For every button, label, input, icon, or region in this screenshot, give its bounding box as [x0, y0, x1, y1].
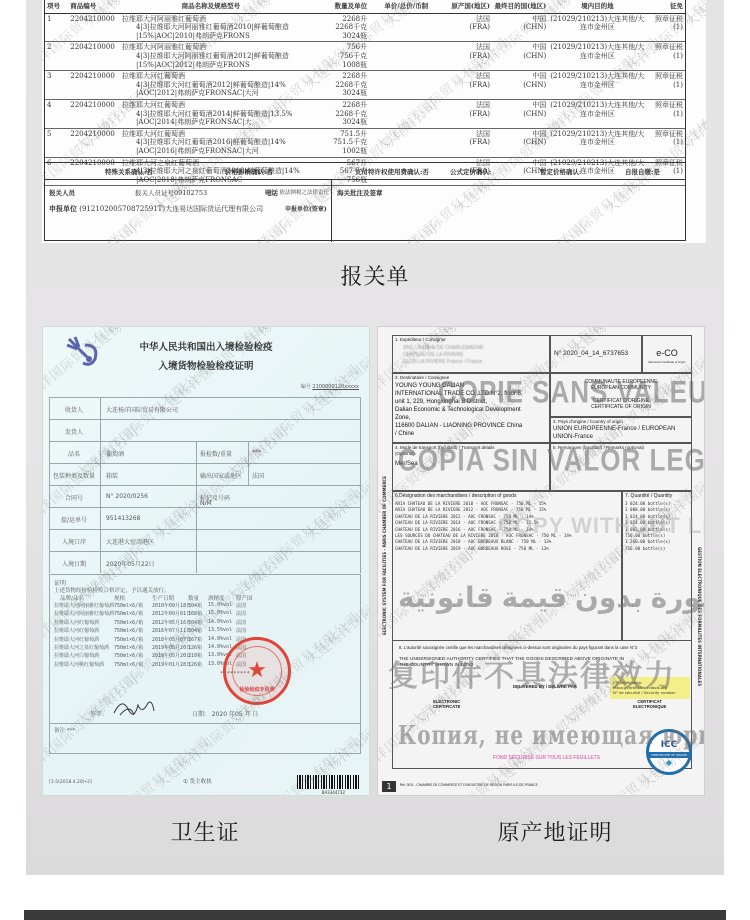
- proof-cell: 504箱: [188, 627, 202, 634]
- table-row: 12204210000拉维耶大河阿丽雅红葡萄酒4|3|拉维耶大河阿丽雅红葡萄酒2…: [45, 13, 685, 42]
- icc-mark-icon: ◆: [649, 758, 689, 767]
- proof-cell: 750ml×6/箱: [114, 610, 143, 617]
- column-header: 商品编号: [68, 0, 120, 13]
- declarant-cert-number: 报关人员证号09102753: [135, 188, 207, 197]
- proof-cell: 14.0%vol: [208, 644, 232, 650]
- origin-country-box: 3. Pays d'origine / Country of origin UN…: [550, 417, 692, 443]
- table-row: 52204210000拉维耶大河红葡萄酒4|3|拉维耶大河红葡萄酒2016|鲜葡…: [45, 128, 685, 157]
- customs-declaration-caption: 报关单: [300, 260, 450, 291]
- proof-cell: 210箱: [188, 652, 202, 659]
- signature-line: 签字:: [90, 709, 104, 718]
- proof-cell: 2019年05月20日: [152, 652, 191, 659]
- proof-cell: 167箱: [188, 636, 202, 643]
- proof-cell: 2012年05月16日: [152, 619, 191, 626]
- column-header: 境内目的地: [548, 0, 646, 13]
- overlay-text-es: COPIA SIN VALOR LEGAL: [398, 442, 705, 479]
- side-text-left: ELECTRONIC SYSTEM FOR FACILITIES - PARIS…: [382, 335, 387, 635]
- health-cert-field-row: 发货人: [49, 419, 361, 441]
- chamber-footer: Ref. 0011 - CHAMBRE DE COMMERCE ET D'IND…: [400, 783, 538, 787]
- health-cert-field-row: 提/运单号951413268: [49, 507, 361, 529]
- health-cert-field-row: 入境口岸大连港大窑湾港区: [49, 529, 361, 551]
- health-certificate-image: 中华人民共和国出入境检验检疫 入境货物检验检疫证明 编号 2100000120x…: [42, 326, 370, 796]
- health-cert-field-row: 收货人大连杨洋国际贸易有限公司: [49, 397, 361, 419]
- customs-approval-label: 海关批注及签章: [337, 188, 383, 197]
- customs-confirmations: 特殊关系确认:否 价格影响确认:否 支付特许权使用费确认:否 公式定价确认: 暂…: [45, 162, 685, 180]
- column-header: 原产国(地区): [443, 0, 492, 13]
- proof-cell: 15.0%vol: [208, 602, 232, 608]
- column-header: 数量及单位: [302, 0, 369, 13]
- proof-cell: 504箱: [188, 619, 202, 626]
- barcode-number: BA3344732: [322, 790, 345, 795]
- dark-footer-bar: [24, 910, 726, 920]
- goods-line: CHATEAU DE LA RIVIERE 2019 - AOC BORDEAU…: [395, 546, 549, 552]
- proof-cell: 750ml×6/箱: [114, 627, 143, 634]
- proof-cell: 14.0%vol: [208, 619, 232, 625]
- proof-cell: 14.0%vol: [208, 636, 232, 642]
- consignor-box: 1. Expéditeur / Consignor SNC LA CAVE DE…: [392, 335, 550, 373]
- proof-cell: 126箱: [188, 661, 202, 668]
- health-cert-subtitle: 入境货物检验检疫证明: [43, 358, 369, 372]
- proof-cell: 504箱: [188, 602, 202, 609]
- proof-cell: 126箱: [188, 644, 202, 651]
- official-stamp: ★ 检验检疫专用章: [223, 637, 291, 705]
- health-cert-fields: 收货人大连杨洋国际贸易有限公司发货人品名葡萄酒报检数/重量***包装种类及数量箱…: [49, 397, 361, 573]
- overlay-text-fr: COPIE SANS VALEUR LEGALE: [438, 374, 705, 411]
- proof-cell: 2012年09月01日: [152, 610, 191, 617]
- proof-cell: 750ml×6/箱: [114, 661, 143, 668]
- date-line: 日期: 2020 年05 月 日: [192, 709, 258, 718]
- unit-seal-label: 申报单位(签章): [285, 204, 327, 213]
- proof-cell: 拉维耶大河红葡萄酒: [54, 619, 99, 626]
- proof-cell: 750ml×6/箱: [114, 652, 143, 659]
- overlay-text-en: COPY WITHOUT LEGAL VALUE: [498, 513, 705, 539]
- star-icon: ★: [226, 658, 288, 683]
- overlay-text-ar: صورة بدون قيمة قانونية: [398, 581, 705, 614]
- signature-scribble: [112, 695, 156, 719]
- customs-footer-divider: [331, 180, 332, 242]
- table-row: 32204210000拉维耶大河红葡萄酒4|3|拉维耶大河红葡萄酒2012|鲜葡…: [45, 71, 685, 100]
- health-cert-field-row: 品名葡萄酒报检数/重量***: [49, 441, 361, 463]
- customs-items-table: 项号商品编号商品名称及规格型号数量及单位单价/总价/币制原产国(地区)最终目的国…: [45, 0, 685, 186]
- declaration-statement: 兹申明对以上内容承担如实申报、依法纳税之法律责任: [265, 188, 329, 196]
- column-header: 最终目的国(地区): [492, 0, 548, 13]
- proof-cell: 750ml×6/箱: [114, 636, 143, 643]
- column-header: 项号: [45, 0, 68, 13]
- provisional-price-confirm: 暂定价格确认:: [540, 167, 581, 176]
- column-header: 单价/总价/币制: [369, 0, 443, 13]
- health-certificate-caption: 卫生证: [130, 816, 280, 847]
- price-impact-confirm: 价格影响确认:否: [225, 167, 273, 176]
- royalty-confirm: 支付特许权使用费确认:否: [355, 167, 429, 176]
- proof-cell: 750ml×6/箱: [114, 619, 143, 626]
- form-code: [1-5(2018.4.20)•2]: [49, 780, 92, 785]
- origin-certificate-image: ELECTRONIC SYSTEM FOR FACILITIES - PARIS…: [377, 326, 705, 796]
- self-report-confirm: 自报自缴:是: [625, 167, 660, 176]
- proof-cell: 拉维耶大河红葡萄酒: [54, 627, 99, 634]
- proof-cell: 拉维耶大河之泉红葡萄酒: [54, 644, 109, 651]
- proof-cell: 2010年09月18日: [152, 602, 191, 609]
- cert-number-box: N° 2020_04_14_6737653: [550, 335, 642, 373]
- page-number: 1: [382, 781, 396, 792]
- column-header: 商品名称及规格型号: [120, 0, 302, 13]
- eco-box: e-CO Electronic Certificate of Origin: [642, 335, 692, 373]
- proof-cell: 750ml×6/箱: [114, 644, 143, 651]
- receipt-label: ① 货主收执: [183, 777, 212, 785]
- proof-cell: 拉维耶大河白葡萄酒: [54, 652, 99, 659]
- proof-cell: 168箱: [188, 610, 202, 617]
- proof-cell: 拉维耶大河阿丽雅红葡萄酒: [54, 602, 114, 609]
- health-cert-field-row: 合同号N° 2020/0256标记及号码N/M: [49, 485, 361, 507]
- proof-cell: 拉维耶大河红葡萄酒: [54, 636, 99, 643]
- customs-declaration-image: 项号商品编号商品名称及规格型号数量及单位单价/总价/币制原产国(地区)最终目的国…: [42, 0, 706, 243]
- health-cert-field-row: 包装种类及数量箱装输出国家或地区法国: [49, 463, 361, 485]
- proof-cell: 13.5%vol: [208, 627, 232, 633]
- proof-cell: 2019年05月20日: [152, 644, 191, 651]
- formula-price-confirm: 公式定价确认:: [450, 167, 491, 176]
- origin-certificate-caption: 原产地证明: [470, 816, 640, 847]
- proof-cell: 750ml×6/箱: [114, 602, 143, 609]
- proof-cell: 拉维耶大河桃红葡萄酒: [54, 661, 104, 668]
- remarks-line: 备注 ***: [54, 726, 75, 734]
- declaring-unit: 申报单位 (91210200570872591T)大连易达国际货运代理有限公司: [49, 204, 263, 214]
- overlay-text-zh: 复印件不具法律效力: [388, 651, 676, 695]
- proof-cell: 2016年07月11日: [152, 627, 191, 634]
- proof-cell: 2018年05月07日: [152, 636, 191, 643]
- proof-cell: 15.0%vol: [208, 610, 232, 616]
- health-cert-title: 中华人民共和国出入境检验检疫: [43, 339, 369, 353]
- health-cert-number: 编号 2100000120xxxxx: [301, 383, 359, 390]
- proof-cell: 法国: [236, 602, 246, 609]
- table-row: 42204210000拉维耶大河红葡萄酒4|3|拉维耶大河红葡萄酒2014|鲜葡…: [45, 99, 685, 128]
- proof-cell: 2019年01月28日: [152, 661, 191, 668]
- customs-declarant-section: 报关人员 报关人员证号09102753 电话 申报单位 (91210200570…: [45, 180, 685, 242]
- column-header: 征免: [646, 0, 685, 13]
- barcode: [297, 775, 359, 789]
- health-cert-field-row: 入境日期2020年05月22日: [49, 551, 361, 573]
- proof-cell: 法国: [236, 627, 246, 634]
- overlay-text-ru: Копия, не имеющая юридической силы: [398, 719, 705, 750]
- special-relation-confirm: 特殊关系确认:否: [105, 167, 153, 176]
- health-cert-proof-section: 证明 上述货物经检验检疫合格评定，予以通关放行。 ********* 签字: 日…: [49, 574, 361, 754]
- quantity-line: 756.00 bottle(s): [625, 546, 665, 552]
- table-row: 22204210000拉维耶大河阿丽雅红葡萄酒4|3|拉维耶大河阿丽雅红葡萄酒2…: [45, 42, 685, 71]
- proof-statement: 上述货物经检验检疫合格评定，予以通关放行。: [54, 586, 170, 594]
- proof-cell: 拉维耶大河阿丽雅红葡萄酒: [54, 610, 114, 617]
- proof-cell: 法国: [236, 619, 246, 626]
- proof-cell: 法国: [236, 610, 246, 617]
- declarant-person-label: 报关人员: [49, 188, 75, 197]
